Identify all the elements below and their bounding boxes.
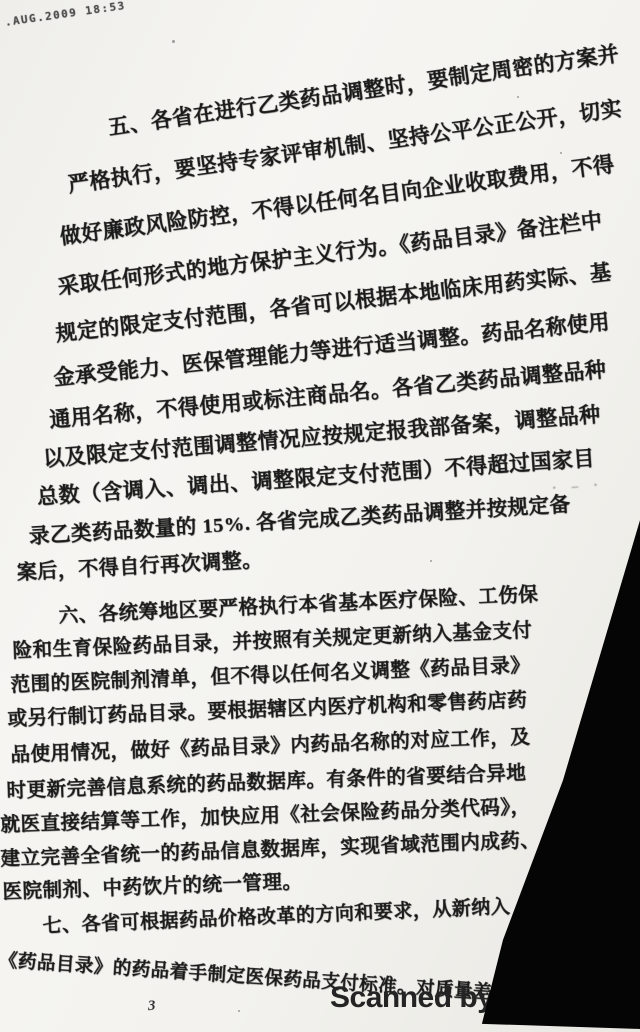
scan-speck bbox=[560, 152, 562, 154]
scan-smudge-dots: · – · bbox=[552, 476, 605, 496]
document-text-line: 医院制剂、中药饮片的统一管理。 bbox=[2, 866, 303, 904]
document-text-line: 案后，不得自行再次调整。 bbox=[16, 543, 263, 585]
page-number: 3 bbox=[147, 998, 156, 1015]
scan-speck bbox=[517, 96, 519, 98]
fax-timestamp: .AUG.2009 18:53 bbox=[4, 0, 126, 29]
scan-speck bbox=[430, 560, 432, 562]
scan-speck bbox=[238, 1010, 240, 1012]
scan-speck bbox=[172, 40, 175, 43]
scanned-document-page: .AUG.2009 18:53 五、各省在进行乙类药品调整时，要制定周密的方案并… bbox=[0, 0, 640, 1032]
scanner-watermark-text: Scanned by bbox=[330, 981, 493, 1015]
